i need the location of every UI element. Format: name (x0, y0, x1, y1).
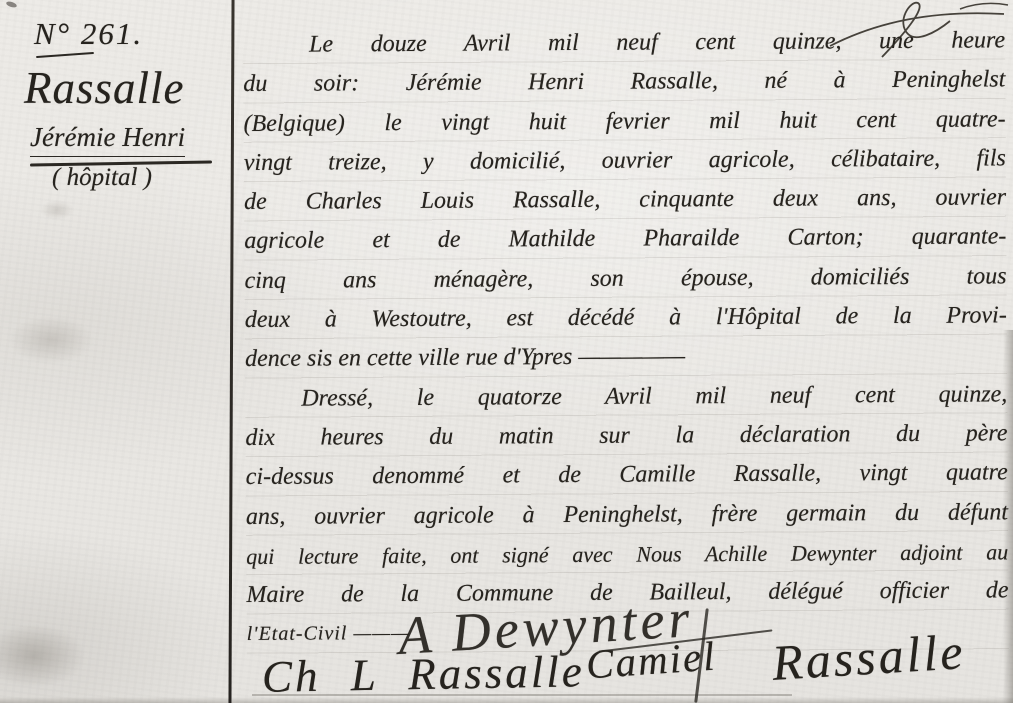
paper-smudge (8, 316, 94, 364)
margin-given-names: Jérémie Henri (30, 122, 185, 157)
act-body-text: Le douze Avril mil neuf cent quinze, une… (243, 21, 1009, 654)
handwritten-line: de Charles Louis Rassalle, cinquante deu… (244, 179, 1006, 223)
margin-surname: Rassalle (24, 62, 185, 114)
handwritten-line: qui lecture faite, ont signé avec Nous A… (246, 532, 1008, 576)
ink-speck (5, 0, 17, 8)
handwritten-line: ans, ouvrier agricole à Peninghelst, frè… (246, 493, 1008, 537)
act-number: N° 261. (34, 16, 143, 52)
signature-father: Ch L Rassalle (262, 645, 586, 703)
handwritten-line: du soir: Jérémie Henri Rassalle, né à Pe… (243, 61, 1005, 105)
handwritten-line: (Belgique) le vingt huit fevrier mil hui… (243, 100, 1005, 144)
act-number-underline (36, 52, 94, 58)
margin-rule-line (228, 0, 234, 703)
margin-hospital-note: ( hôpital ) (52, 164, 152, 192)
handwritten-line: vingt treize, y domicilié, ouvrier agric… (244, 139, 1006, 183)
handwritten-line: Dressé, le quatorze Avril mil neuf cent … (245, 375, 1007, 419)
handwritten-line: ci-dessus denommé et de Camille Rassalle… (246, 454, 1008, 498)
handwritten-line: deux à Westoutre, est décédé à l'Hôpital… (245, 296, 1007, 340)
paper-smudge (0, 624, 86, 688)
handwritten-line: dence sis en cette ville rue d'Ypres ———… (245, 336, 1007, 380)
handwritten-line: Le douze Avril mil neuf cent quinze, une… (243, 21, 1005, 65)
handwritten-line: cinq ans ménagère, son épouse, domicilié… (244, 257, 1006, 301)
paper-smudge (40, 200, 74, 220)
handwritten-line: agricole et de Mathilde Pharailde Carton… (244, 218, 1006, 262)
signature-family-name: Rassalle (770, 622, 967, 692)
handwritten-line: dix heures du matin sur la déclaration d… (245, 414, 1007, 458)
register-page-scan: N° 261. Rassalle Jérémie Henri ( hôpital… (0, 0, 1013, 703)
